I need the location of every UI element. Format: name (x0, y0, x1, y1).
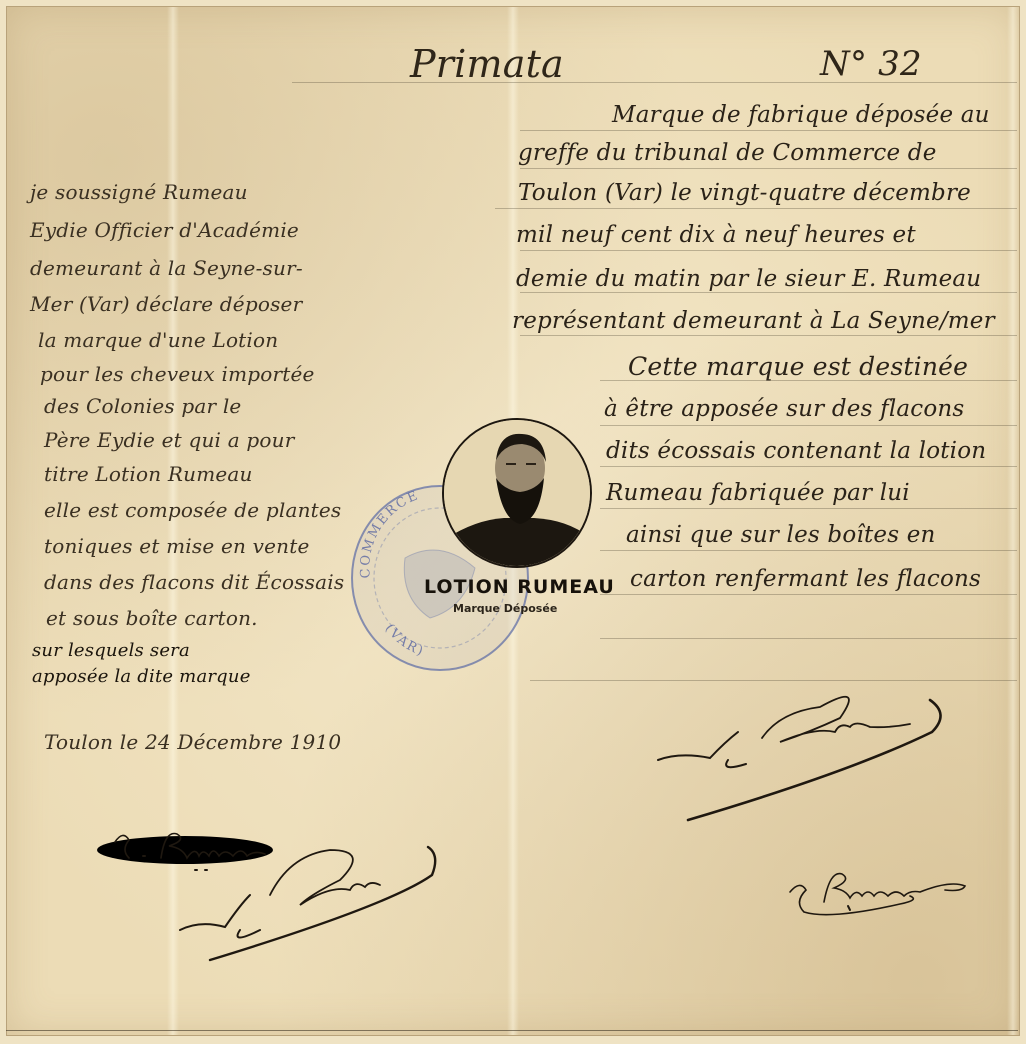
ruled-line (600, 425, 1017, 426)
text-line: ainsi que sur les boîtes en (626, 522, 936, 548)
signature-left-clerk (170, 835, 450, 969)
text-line: je soussigné Rumeau (30, 180, 248, 204)
text-line: Marque de fabrique déposée au (612, 102, 990, 128)
text-line: Rumeau fabriquée par lui (606, 480, 910, 506)
text-line: elle est composée de plantes (44, 498, 341, 522)
brand-name: LOTION RUMEAU (424, 576, 615, 598)
bearded-man-portrait-icon (444, 420, 590, 566)
signature-right-applicant (780, 862, 980, 936)
text-line: représentant demeurant à La Seyne/mer (512, 308, 995, 334)
text-line: toniques et mise en vente (44, 534, 310, 558)
signature-right-clerk (650, 672, 950, 826)
text-line: mil neuf cent dix à neuf heures et (516, 222, 916, 248)
paper-fold (1007, 7, 1019, 1035)
text-line: Toulon (Var) le vingt-quatre décembre (518, 180, 971, 206)
bottom-border-line (6, 1030, 1018, 1031)
text-line: apposée la dite marque (32, 666, 251, 687)
ruled-line (495, 208, 1017, 209)
text-line: dans des flacons dit Écossais (44, 570, 344, 594)
ruled-line (520, 335, 1017, 336)
text-line: dits écossais contenant la lotion (606, 438, 986, 464)
text-line: des Colonies par le (44, 394, 241, 418)
text-line: Mer (Var) déclare déposer (30, 292, 302, 316)
ruled-line (520, 168, 1017, 169)
ruled-line (520, 250, 1017, 251)
text-line: titre Lotion Rumeau (44, 462, 253, 486)
text-line: carton renfermant les flacons (630, 566, 981, 592)
text-line: Eydie Officier d'Académie (30, 218, 299, 242)
document-number: N° 32 (820, 44, 922, 84)
ruled-line (600, 594, 1017, 595)
portrait-medallion (442, 418, 592, 568)
text-line: demie du matin par le sieur E. Rumeau (516, 266, 981, 292)
text-line: demeurant à la Seyne-sur- (30, 256, 303, 280)
document-title: Primata (410, 42, 564, 86)
date-line: Toulon le 24 Décembre 1910 (44, 730, 341, 754)
text-line: pour les cheveux importée (40, 362, 315, 386)
ruled-line (520, 130, 1017, 131)
brand-subtitle: Marque Déposée (453, 602, 557, 615)
text-line: greffe du tribunal de Commerce de (518, 140, 937, 166)
ruled-line (600, 638, 1017, 639)
text-line: Père Eydie et qui a pour (44, 428, 294, 452)
text-line: et sous boîte carton. (46, 606, 258, 630)
ruled-line (600, 466, 1017, 467)
ruled-line (520, 292, 1017, 293)
ruled-line (600, 550, 1017, 551)
text-line: à être apposée sur des flacons (604, 396, 964, 422)
text-line: la marque d'une Lotion (38, 328, 278, 352)
text-line: sur lesquels sera (32, 640, 190, 661)
ruled-line (600, 508, 1017, 509)
text-line: Cette marque est destinée (628, 352, 968, 381)
